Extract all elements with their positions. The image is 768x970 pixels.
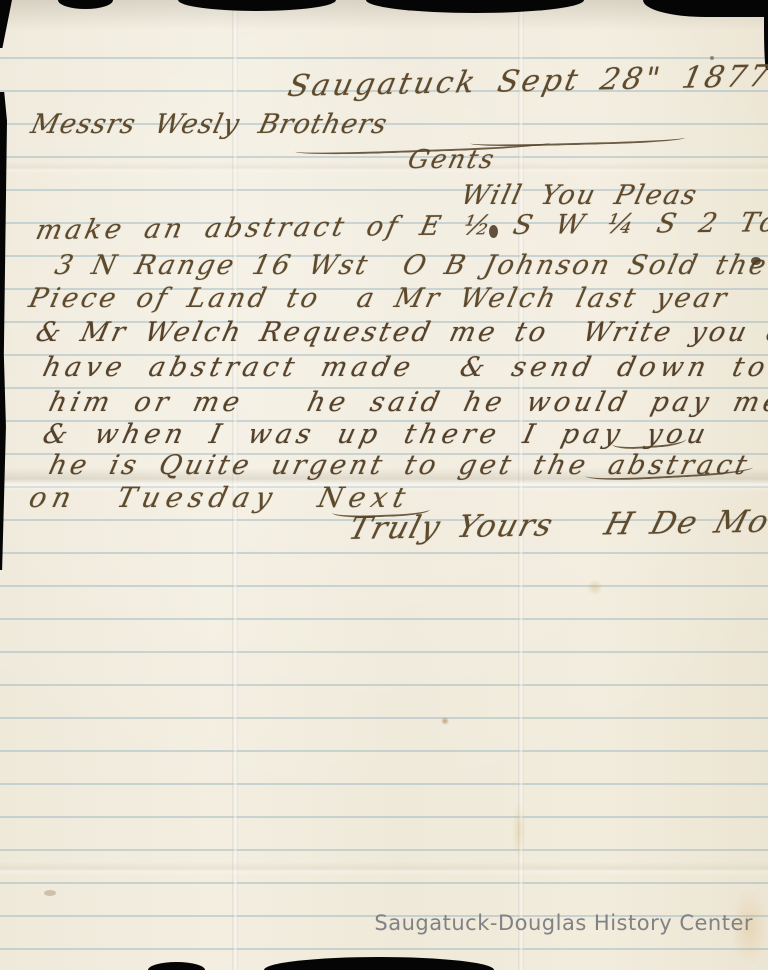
handwriting-line-6: him or me he said he would pay me — [46, 388, 768, 418]
scanned-letter: Saugatuck Sept 28" 1877 Messrs Wesly Bro… — [0, 0, 768, 970]
stain-yellow-center — [586, 580, 604, 595]
watermark-credit: Saugatuck-Douglas History Center — [374, 911, 753, 935]
handwriting-line-4: & Mr Welch Requested me to Write you & — [33, 318, 768, 348]
handwriting-addressee: Messrs Wesly Brothers — [28, 110, 390, 140]
handwriting-line-opening: Will You Pleas — [458, 181, 701, 211]
ink-speck-1 — [710, 56, 714, 60]
handwriting-line-2: 3 N Range 16 Wst O B Johnson Sold the ⅛ — [52, 251, 768, 281]
handwriting-line-5: have abstract made & send down to — [40, 353, 768, 383]
stain-crease-yellow — [512, 800, 526, 860]
fold-crease-horizontal-upper — [0, 162, 768, 174]
ink-blot-1 — [489, 225, 498, 238]
stain-small-mark-bottom-left — [44, 890, 56, 896]
stain-brown-dot — [441, 717, 449, 725]
handwriting-line-3: Piece of Land to a Mr Welch last year — [26, 284, 732, 314]
ink-blot-2 — [751, 257, 761, 265]
fold-crease-horizontal-lower — [0, 862, 768, 876]
